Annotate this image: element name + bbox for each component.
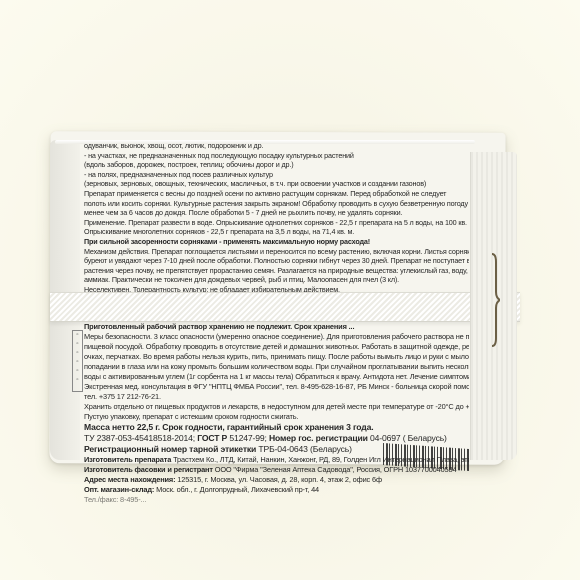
text-line: (вдоль заборов, дорожек, построек, тепли… bbox=[84, 160, 469, 170]
instructions-top: одуванчик, вьюнок, хвощ, осот, лютик, по… bbox=[84, 141, 469, 314]
text-line: буреют и увядают через 7-10 дней после о… bbox=[84, 256, 469, 266]
warehouse-value: Моск. обл., г. Долгопрудный, Лихачевский… bbox=[156, 485, 319, 494]
text-line: Препарат применяется с весны до поздней … bbox=[84, 189, 469, 199]
text-line: - на участках, не предназначенных под по… bbox=[84, 151, 469, 161]
tare-label: Регистрационный номер тарной этикетки bbox=[84, 444, 256, 454]
packer-label: Изготовитель фасовки и регистрант bbox=[84, 465, 213, 474]
safety-line: пищевой посудой. Обработку проводить в о… bbox=[84, 342, 469, 352]
text-line: полоть или косить сорняки. Культурные ра… bbox=[84, 199, 469, 209]
text-line: менее чем за 6 часов до дождя. После обр… bbox=[84, 208, 469, 218]
safety-line: Меры безопасности. 3 класс опасности (ум… bbox=[84, 332, 469, 342]
usage-line: Применение. Препарат развести в воде. Оп… bbox=[84, 218, 469, 228]
phone-line: Тел./факс: 8-495-... bbox=[84, 495, 469, 505]
safety-line: Экстренная мед. консультация в ФГУ "НПТЦ… bbox=[84, 382, 469, 392]
address-line: Адрес места нахождения: 125315, г. Москв… bbox=[84, 475, 469, 485]
warehouse-line: Опт. магазин-склад: Моск. обл., г. Долго… bbox=[84, 485, 469, 495]
text-line: (зерновых, зерновых, овощных, технически… bbox=[84, 179, 469, 189]
gost-label: ГОСТ Р bbox=[197, 433, 227, 443]
sachet-seal-band bbox=[50, 292, 520, 322]
text-line: растения через почву, не препятствует пр… bbox=[84, 266, 469, 276]
warehouse-label: Опт. магазин-склад: bbox=[84, 485, 154, 494]
safety-pictogram-icon: ▫▫▫▫▫▫ bbox=[72, 330, 83, 392]
warning-line: При сильной засоренности сорняками - при… bbox=[84, 237, 469, 247]
net-weight-line: Масса нетто 22,5 г. Срок годности, гаран… bbox=[84, 422, 469, 433]
instructions-bottom: Приготовленный рабочий раствор хранению … bbox=[84, 322, 469, 505]
usage-line: Опрыскивание многолетних сорняков - 22,5… bbox=[84, 227, 469, 237]
address-value: 125315, г. Москва, ул. Часовая, д. 28, к… bbox=[177, 475, 382, 484]
safety-line: воды с активированным углем (1г сорбента… bbox=[84, 372, 469, 382]
text-line: аммиак. Практически не токсичен для дожд… bbox=[84, 275, 469, 285]
text-line: одуванчик, вьюнок, хвощ, осот, лютик, по… bbox=[84, 141, 469, 151]
text-line: Механизм действия. Препарат поглощается … bbox=[84, 247, 469, 257]
safety-line: попадании в глаза или на кожу промыть бо… bbox=[84, 362, 469, 372]
hang-hole-icon bbox=[484, 252, 500, 348]
reg-value: 04-0697 ( Беларусь) bbox=[370, 433, 447, 443]
standards-line: ТУ 2387-053-45418518-2014; ГОСТ Р 51247-… bbox=[84, 433, 469, 444]
address-label: Адрес места нахождения: bbox=[84, 475, 175, 484]
safety-line: тел. +375 17 212-76-21. bbox=[84, 392, 469, 402]
text-line: Приготовленный рабочий раствор хранению … bbox=[84, 322, 469, 332]
manufacturer-label: Изготовитель препарата bbox=[84, 455, 171, 464]
storage-line: Хранить отдельно от пищевых продуктов и … bbox=[84, 402, 469, 412]
tu-number: ТУ 2387-053-45418518-2014; bbox=[84, 433, 195, 443]
safety-line: очках, перчатках. Во время работы нельзя… bbox=[84, 352, 469, 362]
text-line: - на полях, предназначенных под посев ра… bbox=[84, 170, 469, 180]
storage-line: Пустую упаковку, препарат с истекшим сро… bbox=[84, 412, 469, 422]
reg-label: Номер гос. регистрации bbox=[269, 433, 368, 443]
gost-value: 51247-99; bbox=[229, 433, 266, 443]
tare-value: ТРБ-04-0643 (Беларусь) bbox=[258, 444, 351, 454]
